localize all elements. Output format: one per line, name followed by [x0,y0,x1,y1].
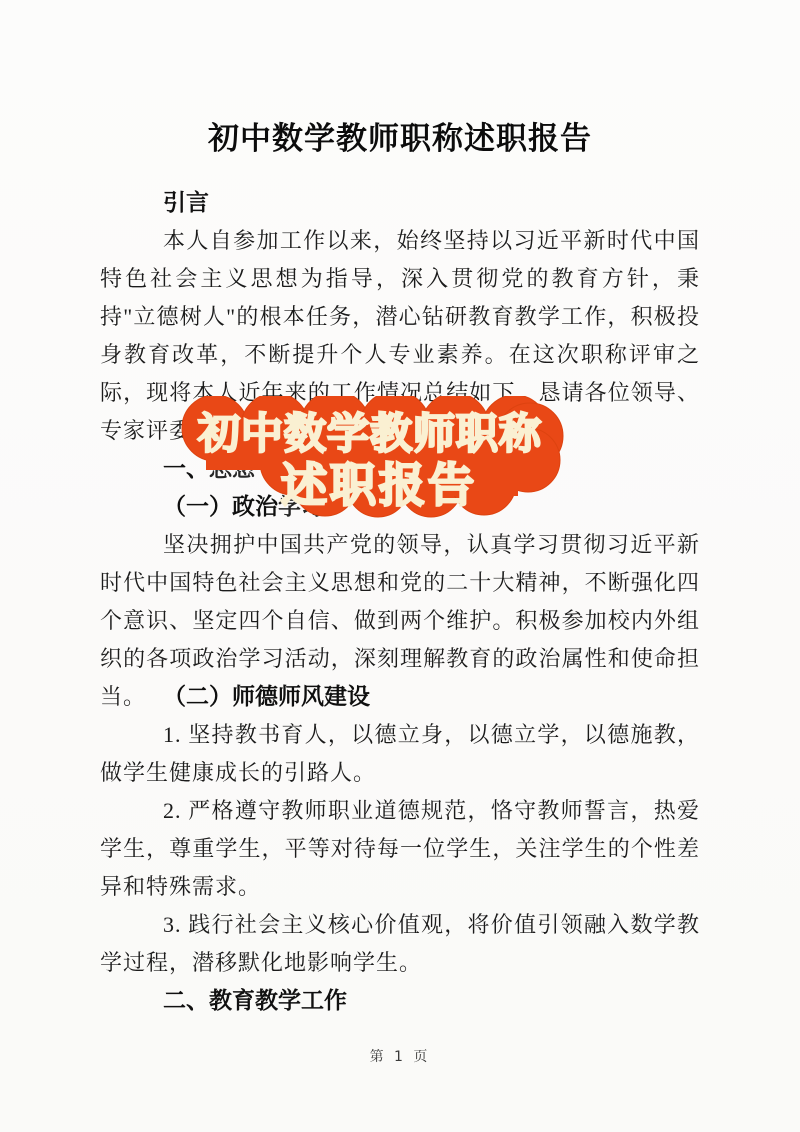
intro-heading: 引言 [100,184,700,222]
section-2-heading: 二、教育教学工作 [100,982,700,1020]
document-page: 初中数学教师职称述职报告 引言 本人自参加工作以来，始终坚持以习近平新时代中国特… [0,0,800,1132]
badge-line-1: 初中数学教师职称 [197,409,542,458]
badge-cloud-icon: 初中数学教师职称 述职报告 [178,396,564,518]
subsection-1-2-heading: （二）师德师风建设 [100,678,700,716]
title-badge-sticker: 初中数学教师职称 述职报告 [178,396,564,518]
badge-line-2: 述职报告 [281,458,477,512]
page-title: 初中数学教师职称述职报告 [0,113,800,158]
page-number: 第 1 页 [0,1046,800,1066]
ethics-item-2: 2. 严格遵守教师职业道德规范，恪守教师誓言，热爱学生，尊重学生，平等对待每一位… [100,792,700,906]
ethics-item-1: 1. 坚持教书育人，以德立身，以德立学，以德施教，做学生健康成长的引路人。 [100,716,700,792]
ethics-item-3: 3. 践行社会主义核心价值观，将价值引领融入数学教学过程，潜移默化地影响学生。 [100,906,700,982]
